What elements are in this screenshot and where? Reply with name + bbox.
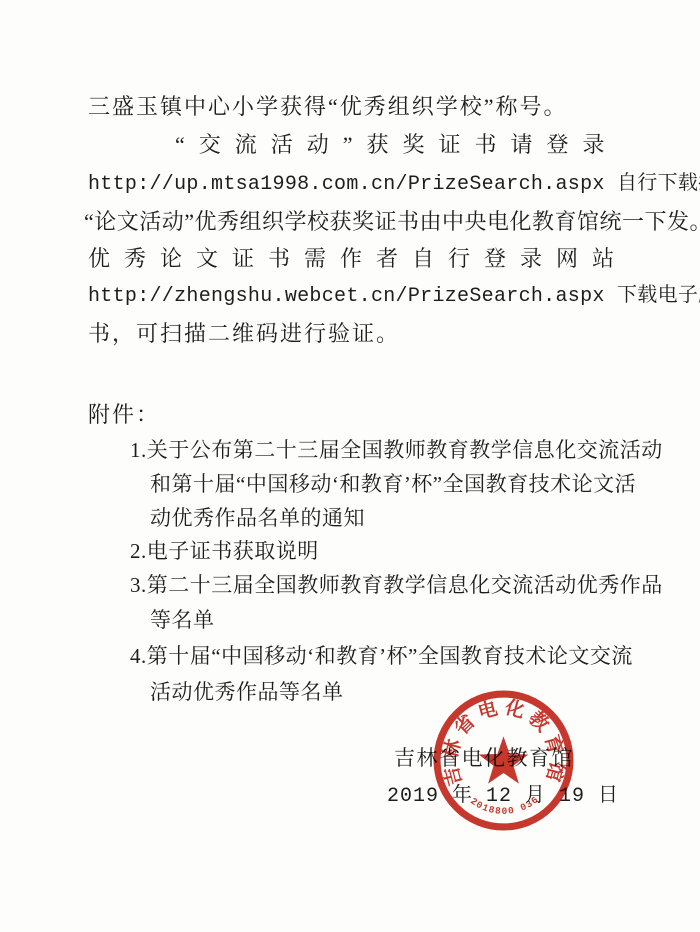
official-seal: 吉林省电化教育馆 2018800 0363 <box>430 687 577 834</box>
attachment-item-2: 2.电子证书获取说明 <box>130 541 319 562</box>
attachment-item-4-cont: 活动优秀作品等名单 <box>150 682 344 703</box>
body-line-6-url: http://zhengshu.webcet.cn/PrizeSearch.as… <box>88 287 700 307</box>
body-line-3-url: http://up.mtsa1998.com.cn/PrizeSearch.as… <box>88 175 700 195</box>
attachment-item-3: 3.第二十三届全国教师教育教学信息化交流活动优秀作品 <box>130 575 663 596</box>
body-line-2: “交流活动”获奖证书请登录 <box>175 134 619 156</box>
attachments-label: 附件： <box>88 404 160 426</box>
attachment-item-1: 1.关于公布第二十三届全国教师教育教学信息化交流活动 <box>130 440 663 461</box>
scanned-document-page: 三盛玉镇中心小学获得“优秀组织学校”称号。 “交流活动”获奖证书请登录 http… <box>0 0 700 932</box>
attachment-item-4: 4.第十届“中国移动‘和教育’杯”全国教育技术论文交流 <box>130 646 633 667</box>
body-line-1: 三盛玉镇中心小学获得“优秀组织学校”称号。 <box>88 96 568 118</box>
body-line-7: 书，可扫描二维码进行验证。 <box>88 323 400 345</box>
body-line-5: 优秀论文证书需作者自行登录网站 <box>88 248 628 270</box>
attachment-item-1-cont2: 动优秀作品名单的通知 <box>150 508 365 529</box>
attachment-item-1-cont: 和第十届“中国移动‘和教育’杯”全国教育技术论文活 <box>150 474 636 495</box>
attachment-item-3-cont: 等名单 <box>150 610 215 631</box>
body-line-4: “论文活动”优秀组织学校获奖证书由中央电化教育馆统一下发。 <box>84 211 700 233</box>
seal-star-icon <box>479 736 529 783</box>
